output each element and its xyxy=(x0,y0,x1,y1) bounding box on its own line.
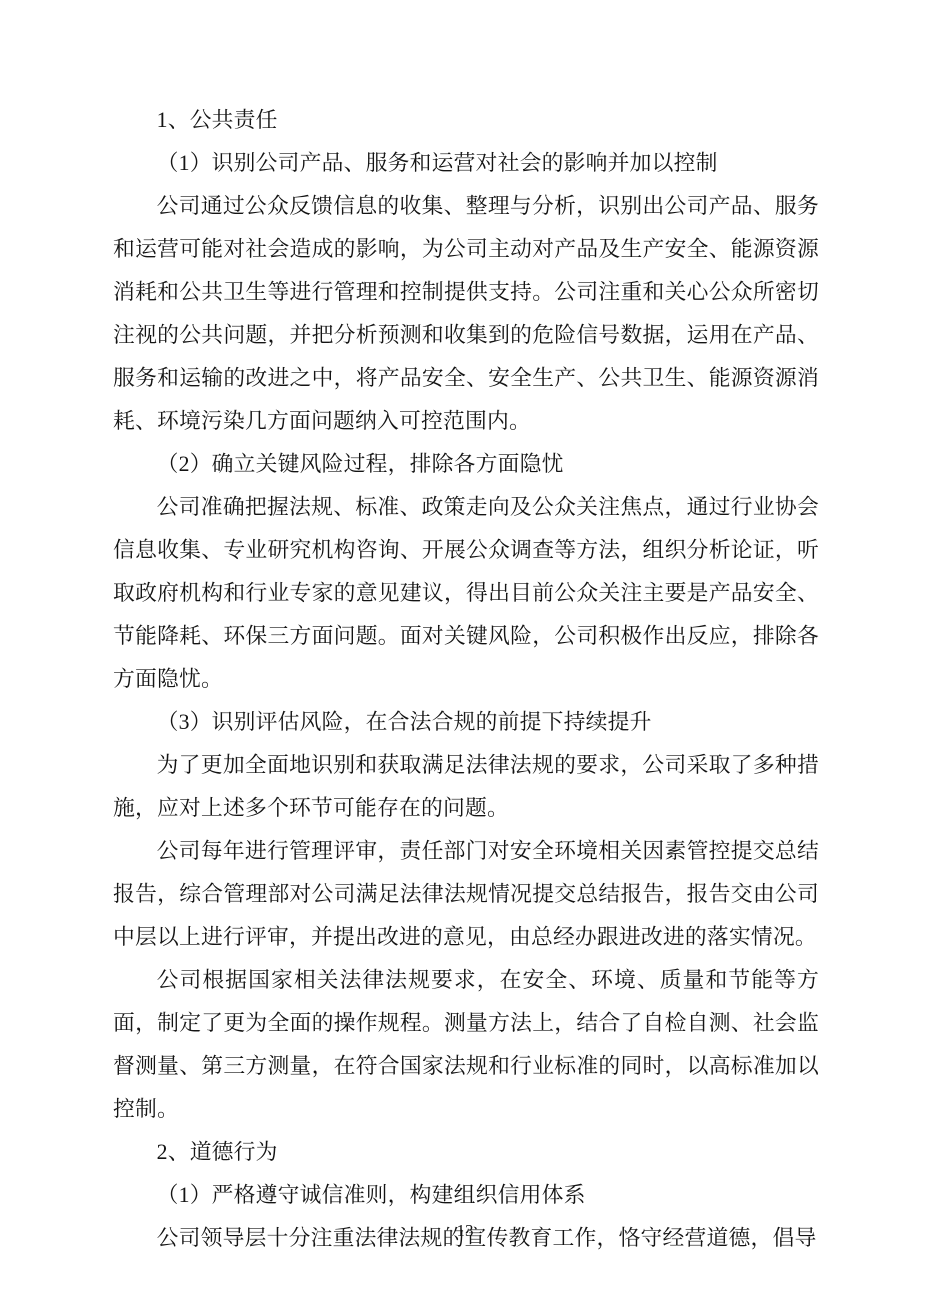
heading-ethical-behavior: 2、道德行为 xyxy=(113,1131,819,1174)
heading-public-responsibility: 1、公共责任 xyxy=(113,99,819,142)
page-number: 13 xyxy=(457,1221,474,1240)
paragraph-risk-identification: 公司准确把握法规、标准、政策走向及公众关注焦点，通过行业协会信息收集、专业研究机… xyxy=(113,486,819,701)
subheading-identify-impact: （1）识别公司产品、服务和运营对社会的影响并加以控制 xyxy=(113,142,819,185)
paragraph-measures: 为了更加全面地识别和获取满足法律法规的要求，公司采取了多种措施，应对上述多个环节… xyxy=(113,744,819,830)
subheading-key-risk-process: （2）确立关键风险过程，排除各方面隐忧 xyxy=(113,443,819,486)
subheading-integrity-rules: （1）严格遵守诚信准则，构建组织信用体系 xyxy=(113,1174,819,1217)
subheading-assess-risk: （3）识别评估风险，在合法合规的前提下持续提升 xyxy=(113,701,819,744)
paragraph-operating-rules: 公司根据国家相关法律法规要求，在安全、环境、质量和节能等方面，制定了更为全面的操… xyxy=(113,959,819,1131)
paragraph-public-feedback: 公司通过公众反馈信息的收集、整理与分析，识别出公司产品、服务和运营可能对社会造成… xyxy=(113,185,819,443)
document-page: 1、公共责任 （1）识别公司产品、服务和运营对社会的影响并加以控制 公司通过公众… xyxy=(0,0,930,1316)
page-footer: 13 xyxy=(0,1220,930,1242)
paragraph-management-review: 公司每年进行管理评审，责任部门对安全环境相关因素管控提交总结报告，综合管理部对公… xyxy=(113,830,819,959)
document-body: 1、公共责任 （1）识别公司产品、服务和运营对社会的影响并加以控制 公司通过公众… xyxy=(113,99,819,1260)
